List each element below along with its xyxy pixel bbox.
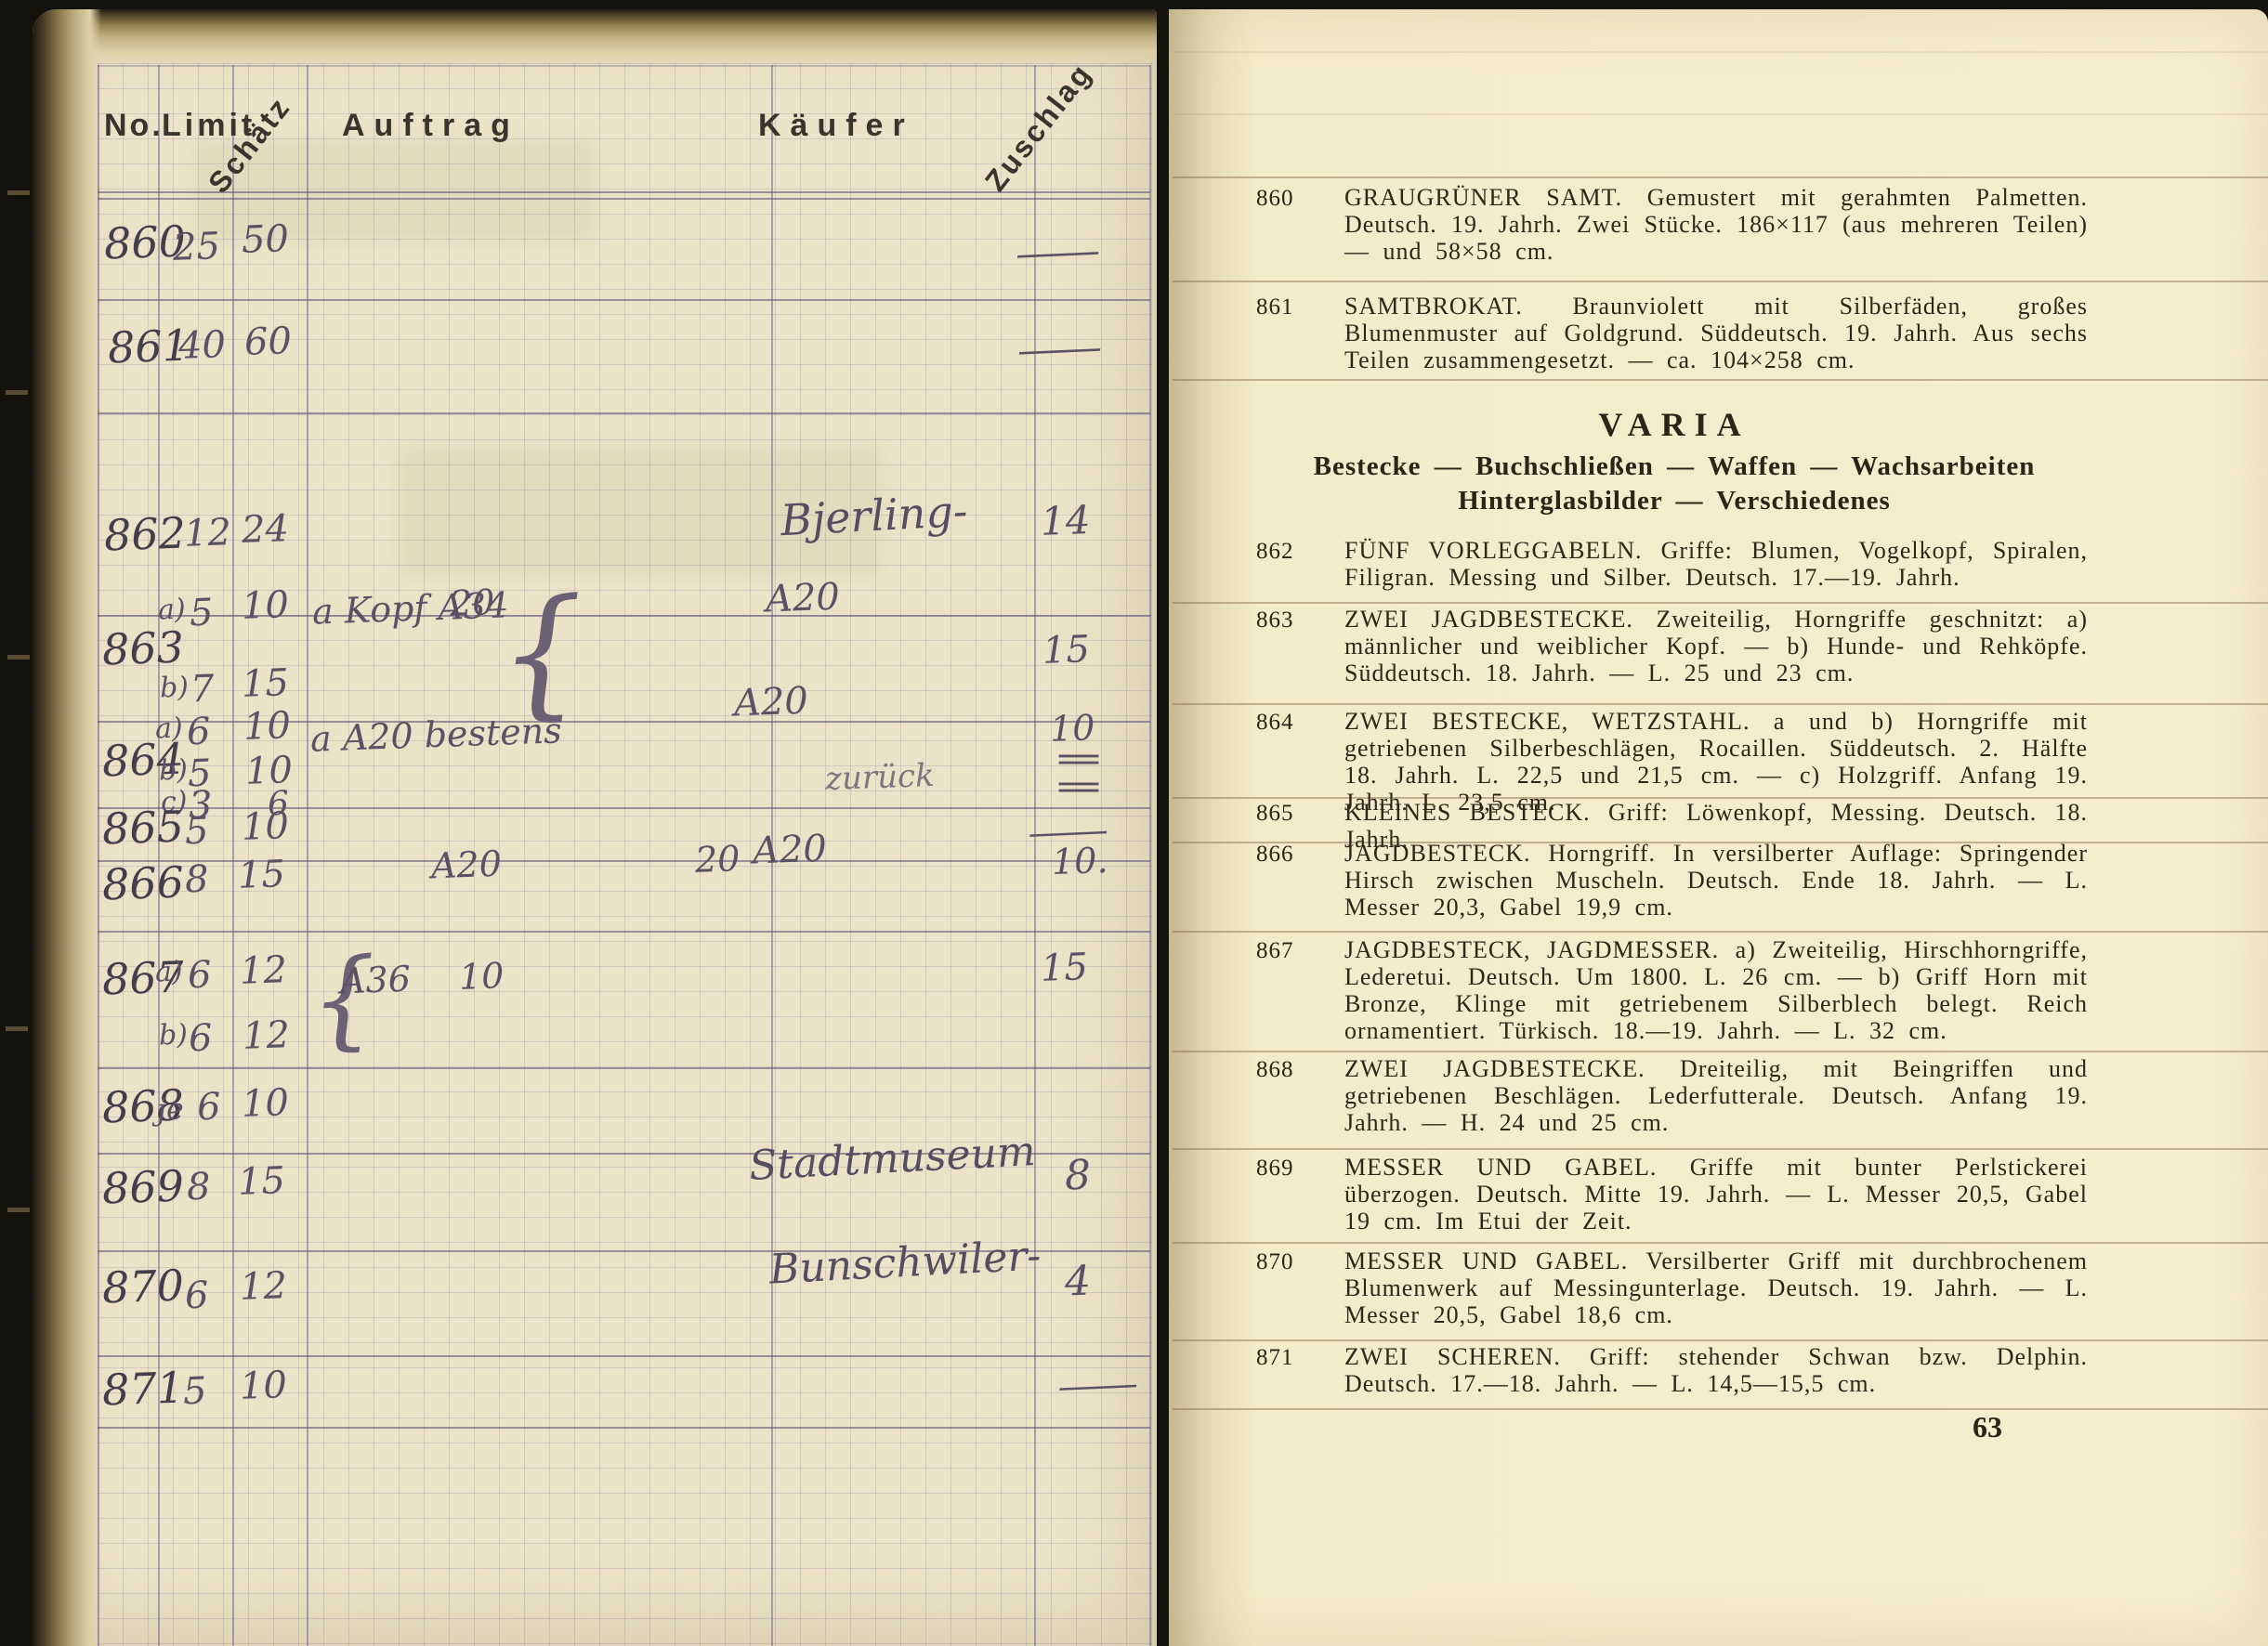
ledger-limit: 25 [172,228,220,267]
ledger-zuschlag: 8 [1064,1156,1092,1197]
rule [1173,602,2268,604]
catalog-entry: 869 MESSER UND GABEL. Griffe mit bunter … [1256,1154,2092,1234]
rule [1173,1408,2268,1410]
ledger-brace: { [494,592,591,716]
margin-tick [7,1208,30,1212]
catalog-entry: 871 ZWEI SCHEREN. Griff: stehender Schwa… [1256,1343,2092,1397]
column-line [1034,65,1036,1646]
ledger-schaetz: 15 [237,856,285,895]
entry-number: 862 [1256,539,1294,565]
rule [98,191,1150,193]
ledger-zuschlag: 15 [1042,631,1090,670]
entry-text: SAMTBROKAT. Braunviolett mit Silberfäden… [1344,293,2088,373]
ledger-lot-number: 862 [103,511,186,556]
ledger-schaetz: 12 [239,1267,287,1306]
ledger-zuschlag-mark: = [1052,771,1105,804]
ledger-auftrag-amount: 20 [449,584,495,621]
page-stack-edge-left [33,9,101,1646]
ledger-schaetz: 15 [241,664,289,703]
ledger-limit: 8 [186,1169,211,1207]
ledger-lot-number: 871 [101,1365,184,1411]
page-number: 63 [1937,1410,2002,1444]
ledger-limit-note: je [156,1094,184,1125]
rule [1173,379,2268,381]
entry-text: MESSER UND GABEL. Griffe mit bunter Perl… [1344,1154,2088,1234]
catalog-entry: 860 GRAUGRÜNER SAMT. Gemustert mit gerah… [1256,184,2092,265]
ledger-schaetz: 60 [243,322,292,361]
entry-number: 871 [1256,1345,1294,1371]
ledger-lot-number: 869 [101,1164,184,1209]
rule [1173,703,2268,705]
margin-tick [7,655,30,660]
ledger-limit: 6 [186,713,211,751]
catalog-entry: 861 SAMTBROKAT. Braunviolett mit Silberf… [1256,293,2092,373]
ledger-limit: 40 [177,326,226,365]
catalog-entry: 863 ZWEI JAGDBESTECKE. Zweiteilig, Horng… [1256,606,2092,686]
margin-tick [6,1026,28,1031]
rule [98,1067,1150,1069]
entry-number: 867 [1256,938,1294,964]
rule [1173,1339,2268,1341]
entry-number: 861 [1256,294,1294,320]
rule [1173,281,2268,282]
margin-tick [7,190,30,195]
ledger-sub-key: b) [158,756,188,785]
entry-number: 865 [1256,801,1294,827]
ledger-schaetz: 10 [241,1084,289,1123]
ledger-auftrag: A20 [430,846,502,884]
ledger-schaetz: 10 [243,707,291,746]
rule [1173,1242,2268,1244]
ledger-zuschlag-dash: — [1010,329,1108,370]
ledger-limit: 6 [187,957,212,995]
ledger-limit: 6 [188,1020,213,1058]
ledger-auftrag: a A20 bestens [309,712,562,756]
ledger-zuschlag: 15 [1040,948,1088,987]
ledger-auftrag-amount: 10 [458,958,505,995]
entry-number: 863 [1256,607,1294,634]
ledger-limit: 5 [182,1373,207,1411]
entry-number: 869 [1256,1156,1294,1182]
ledger-limit: 7 [190,671,215,709]
rule [98,412,1150,414]
ledger-sub-key: a) [154,714,183,743]
ledger-zuschlag: 10. [1051,843,1108,880]
page-stack-edge-top [33,9,1157,67]
entry-text: ZWEI JAGDBESTECKE. Dreiteilig, mit Being… [1344,1055,2088,1136]
column-line [307,65,308,1646]
ledger-zuschlag: 14 [1040,501,1091,542]
section-title: VARIA [1256,405,2092,444]
ledger-zuschlag-dash: — [1008,232,1107,273]
ledger-schaetz: 10 [241,807,289,846]
ledger-sub-key: b) [158,1021,188,1050]
column-header-no: No. [104,108,164,144]
entry-number: 870 [1256,1249,1294,1275]
ledger-sub-key: a) [157,595,186,624]
rule [1173,931,2268,933]
ledger-lot-number: 870 [101,1263,184,1309]
ledger-schaetz: 12 [239,951,287,990]
ledger-sub-key: a) [154,958,183,986]
ledger-limit: 6 [184,1277,209,1315]
rule [98,299,1150,301]
ledger-sub-key: b) [159,673,189,702]
book-photograph: No. Limit Schätz Auftrag Käufer Zuschlag… [0,0,2268,1646]
entry-text: FÜNF VORLEGGABELN. Griffe: Blumen, Vogel… [1344,537,2088,591]
entry-number: 866 [1256,842,1294,868]
ledger-kaeufer-note: zurück [824,760,935,795]
ledger-limit: 5 [189,594,214,633]
rule [98,198,1150,200]
rule [98,1427,1150,1429]
ledger-kaeufer: A20 [752,830,827,870]
catalog-entry: 862 FÜNF VORLEGGABELN. Griffe: Blumen, V… [1256,537,2092,591]
ledger-kaeufer: A20 [765,579,840,619]
rule [1173,176,2268,178]
column-line [98,65,99,1646]
column-line [1149,65,1151,1646]
column-line [232,65,234,1646]
ledger-schaetz: 10 [241,586,289,625]
rule [1173,1051,2268,1052]
catalog-entry: 866 JAGDBESTECK. Horngriff. In versilber… [1256,840,2092,921]
rule [98,1355,1150,1357]
column-header-auftrag: Auftrag [342,108,519,144]
ledger-zuschlag: 4 [1064,1261,1092,1303]
ledger-schaetz: 15 [237,1162,285,1201]
entry-text: JAGDBESTECK, JAGDMESSER. a) Zweiteilig, … [1344,936,2088,1044]
ledger-lot-number: 865 [101,804,184,850]
entry-text: JAGDBESTECK. Horngriff. In versilberter … [1344,840,2088,921]
entry-number: 868 [1256,1057,1294,1083]
ledger-zuschlag-dash: — [1051,1365,1144,1404]
ledger-limit: 8 [184,861,209,899]
column-header-kaeufer: Käufer [758,108,914,144]
ledger-limit: 6 [196,1089,221,1127]
ledger-lot-number: 866 [101,860,184,906]
ledger-kaeufer: Bjerling- [780,490,968,542]
ledger-limit: 12 [183,514,231,553]
catalog-entry: 867 JAGDBESTECK, JAGDMESSER. a) Zweiteil… [1256,936,2092,1044]
ledger-schaetz: 12 [242,1016,290,1055]
ledger-schaetz: 50 [241,220,289,259]
ledger-auftrag: A36 [339,961,411,999]
entry-number: 864 [1256,710,1294,736]
catalog-entry: 870 MESSER UND GABEL. Versilberter Griff… [1256,1248,2092,1328]
rule [1173,51,2268,53]
entry-number: 860 [1256,186,1294,212]
entry-text: MESSER UND GABEL. Versilberter Griff mit… [1344,1248,2088,1328]
section-subtitle-line2: Hinterglasbilder — Verschiedenes [1256,486,2092,516]
ledger-limit: 5 [184,813,209,851]
ledger-kaeufer: A20 [733,683,808,723]
margin-tick [6,390,28,395]
rule [1173,113,2268,115]
entry-text: ZWEI SCHEREN. Griff: stehender Schwan bz… [1344,1343,2088,1397]
ledger-lot-number: 863 [101,625,184,671]
rule [1173,1148,2268,1150]
entry-text: ZWEI JAGDBESTECKE. Zweiteilig, Horngriff… [1344,606,2088,686]
catalog-entry: 868 ZWEI JAGDBESTECKE. Dreiteilig, mit B… [1256,1055,2092,1136]
rule [98,931,1150,933]
ledger-schaetz: 24 [241,510,289,549]
ledger-auftrag-amount: 20 [694,841,741,878]
entry-text: GRAUGRÜNER SAMT. Gemustert mit gerahmten… [1344,184,2088,265]
section-subtitle-line1: Bestecke — Buchschließen — Waffen — Wach… [1256,451,2092,482]
rule [98,65,1150,67]
ledger-schaetz: 10 [239,1366,287,1405]
